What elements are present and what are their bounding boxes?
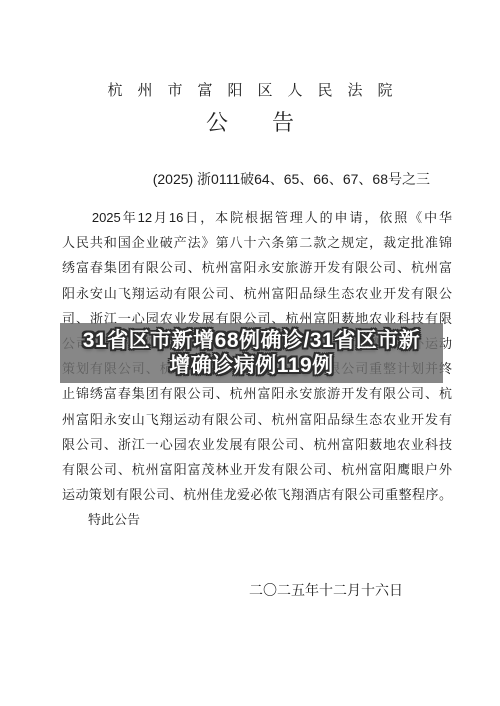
- body-line: 绣富春集团有限公司、杭州富阳永安旅游开发有限公司、杭州富: [62, 255, 452, 280]
- document-page: 杭州市富阳区人民法院 公 告 (2025) 浙0111破64、65、66、67、…: [0, 0, 500, 706]
- body-line: 阳永安山飞翔运动有限公司、杭州富阳品绿生态农业开发有限公: [62, 281, 452, 306]
- body-line: 运动策划有限公司、杭州佳龙爱必侬飞翔酒店有限公司重整程序。: [62, 482, 452, 507]
- headline-band: 31省区市新增68例确诊/31省区市新 增确诊病例119例: [60, 323, 443, 383]
- date-line: 二〇二五年十二月十六日: [0, 580, 500, 600]
- body-line: 限公司、浙江一心园农业发展有限公司、杭州富阳薮地农业科技: [62, 432, 452, 457]
- closing-line: 特此公告: [62, 507, 452, 532]
- case-number: (2025) 浙0111破64、65、66、67、68号之三: [0, 169, 500, 189]
- body-line: 州富阳永安山飞翔运动有限公司、杭州富阳品绿生态农业开发有: [62, 407, 452, 432]
- body-line: 人民共和国企业破产法》第八十六条第二款之规定，裁定批准锦: [62, 230, 452, 255]
- headline-line-2: 增确诊病例119例: [169, 353, 333, 378]
- headline-line-1: 31省区市新增68例确诊/31省区市新: [83, 328, 420, 353]
- body-line: 止锦绣富春集团有限公司、杭州富阳永安旅游开发有限公司、杭: [62, 381, 452, 406]
- body-line: 2025年12月16日，本院根据管理人的申请，依照《中华: [62, 205, 452, 230]
- court-name: 杭州市富阳区人民法院: [0, 79, 500, 100]
- announcement-title: 公 告: [0, 106, 500, 137]
- body-line: 有限公司、杭州富阳富茂林业开发有限公司、杭州富阳鹰眼户外: [62, 457, 452, 482]
- court-name-text: 杭州市富阳区人民法院: [107, 81, 407, 99]
